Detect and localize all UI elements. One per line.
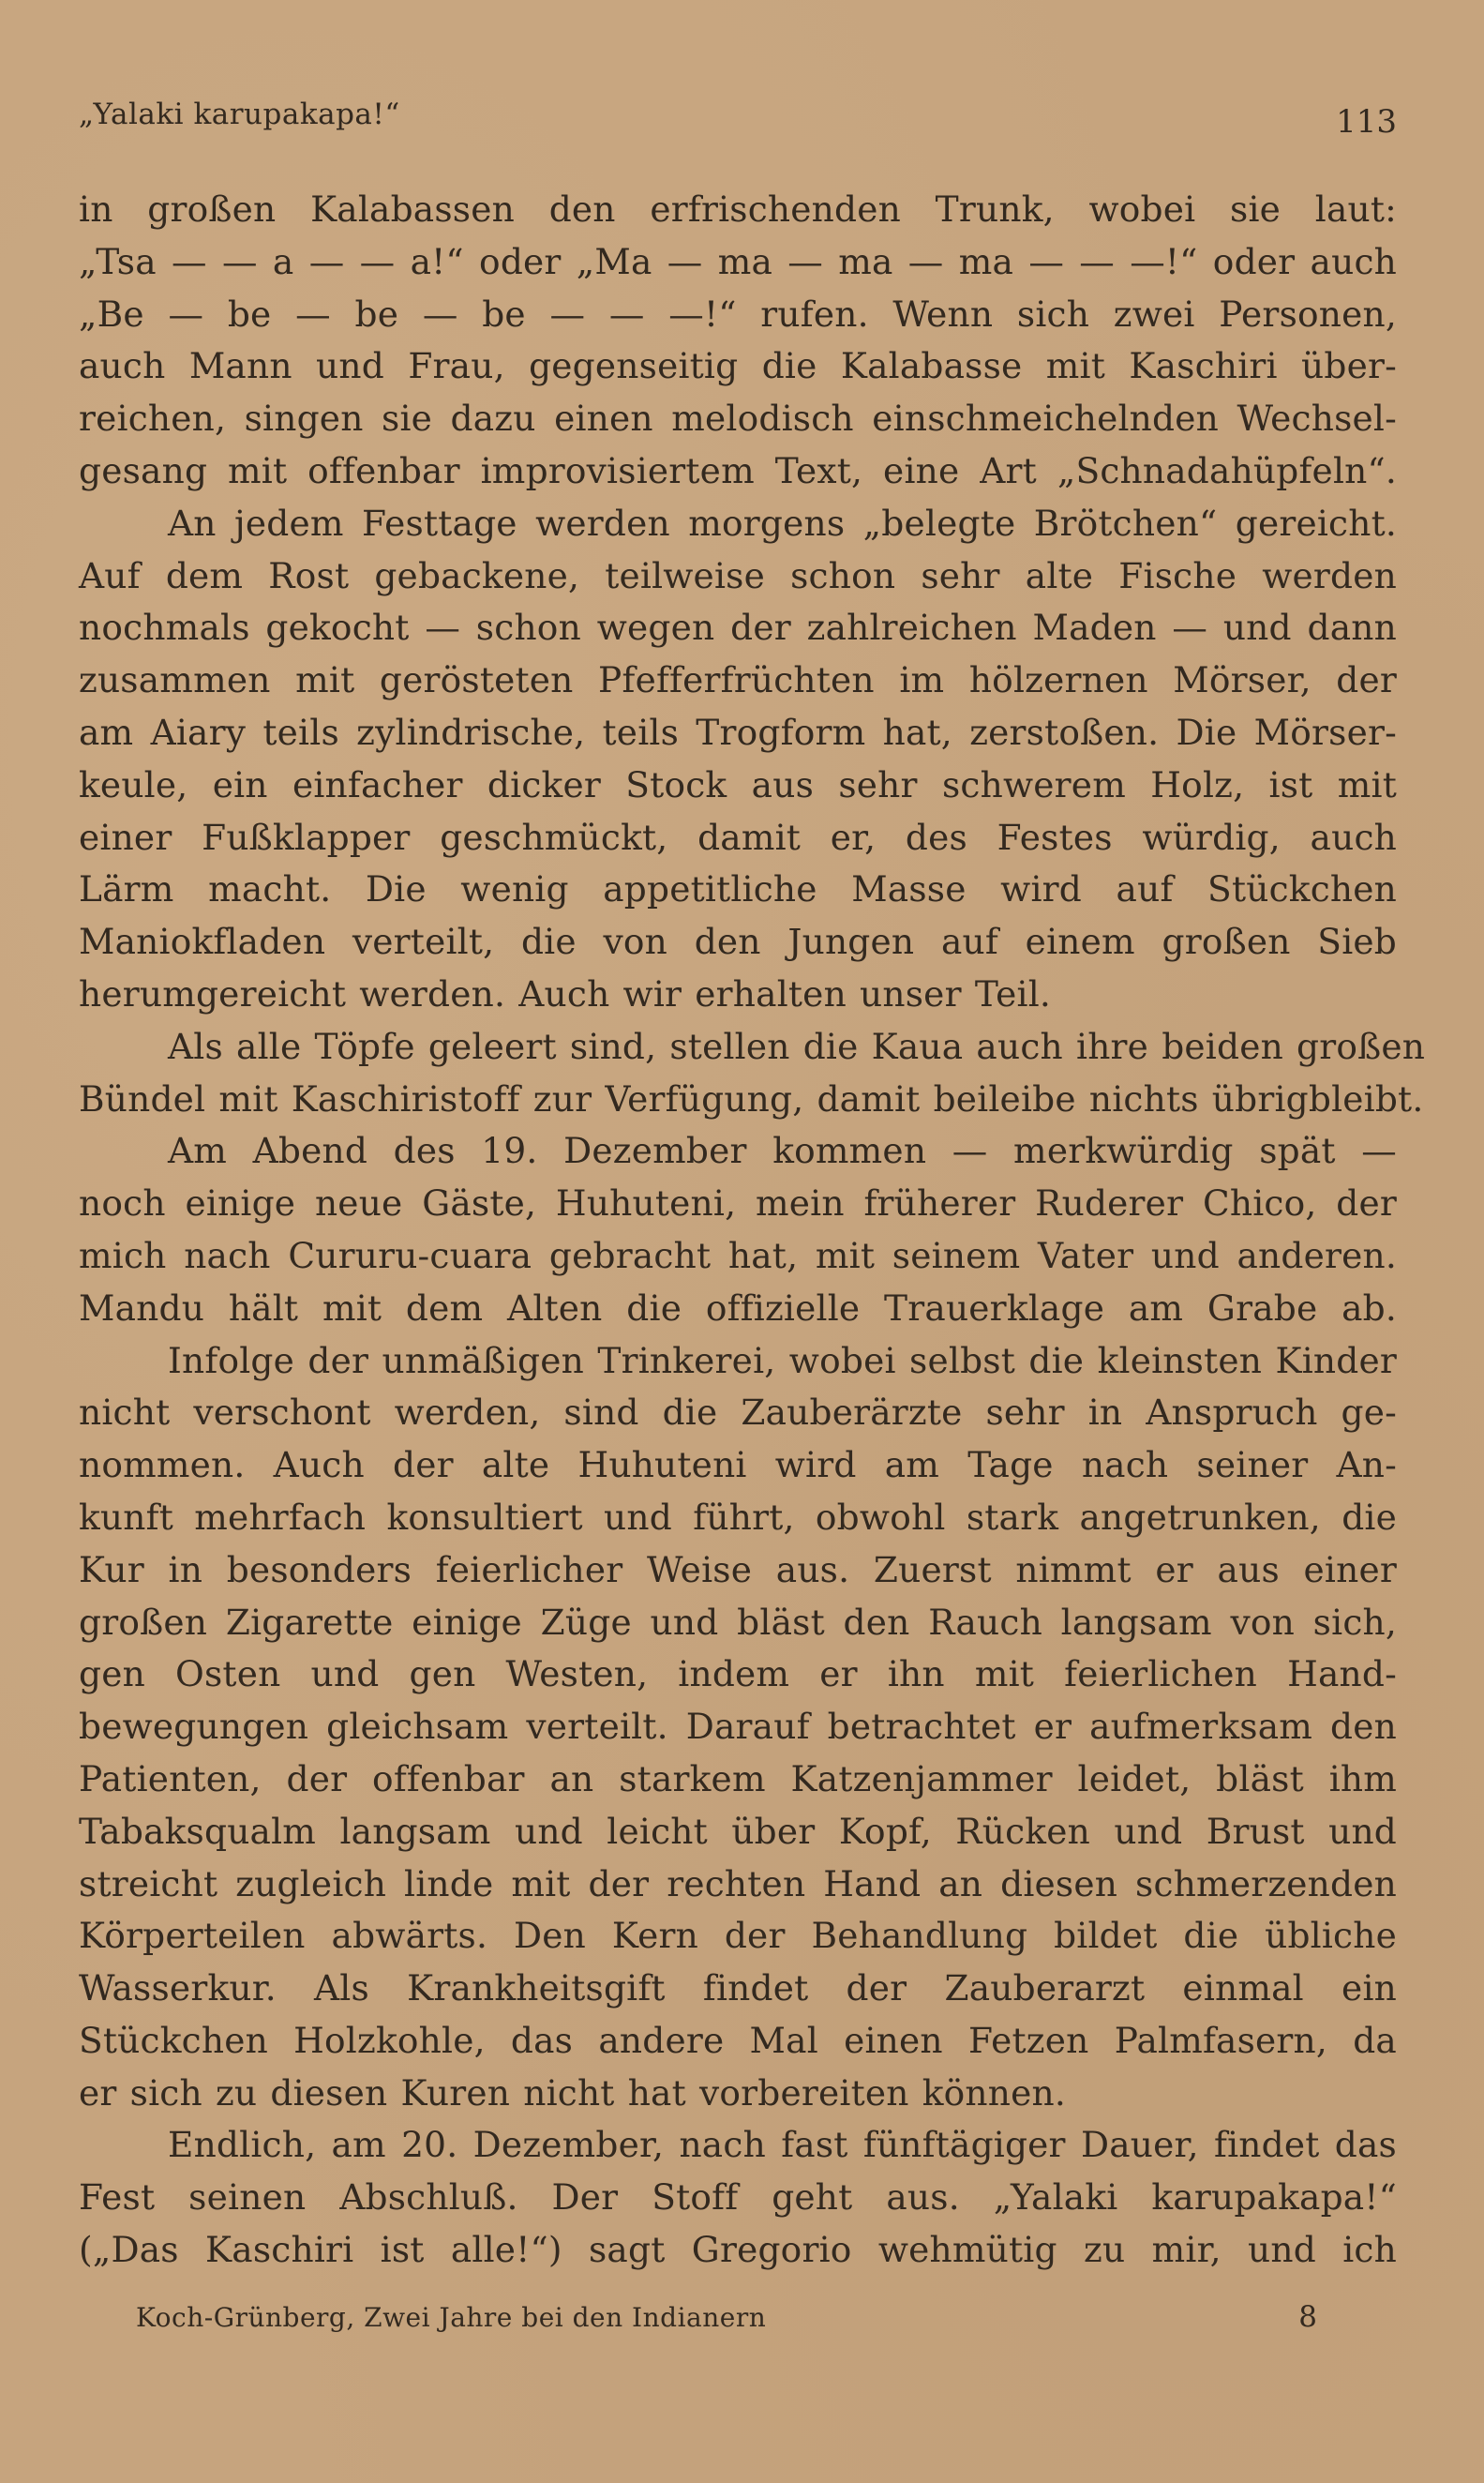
text-line: großen Zigarette einige Züge und bläst d… — [79, 1597, 1397, 1649]
text-line: Körperteilen abwärts. Den Kern der Behan… — [79, 1910, 1397, 1963]
text-line: Am Abend des 19. Dezember kommen — merkw… — [79, 1125, 1397, 1178]
running-title: „Yalaki karupakapa!“ — [79, 98, 400, 131]
text-line: in großen Kalabassen den erfrischenden T… — [79, 184, 1397, 236]
text-line: („Das Kaschiri ist alle!“) sagt Gregorio… — [79, 2224, 1397, 2277]
text-line: Maniokfladen verteilt, die von den Junge… — [79, 916, 1397, 969]
text-line: An jedem Festtage werden morgens „belegt… — [79, 498, 1397, 550]
text-line: gesang mit offenbar improvisiertem Text,… — [79, 445, 1397, 498]
text-line: einer Fußklapper geschmückt, damit er, d… — [79, 812, 1397, 865]
text-line: „Tsa — — a — — a!“ oder „Ma — ma — ma — … — [79, 236, 1397, 289]
text-line: nicht verschont werden, sind die Zauberä… — [79, 1387, 1397, 1439]
text-line: Endlich, am 20. Dezember, nach fast fünf… — [79, 2119, 1397, 2172]
book-page: „Yalaki karupakapa!“ 113 in großen Kalab… — [0, 0, 1484, 2483]
text-line: Tabaksqualm langsam und leicht über Kopf… — [79, 1806, 1397, 1858]
text-line: am Aiary teils zylindrische, teils Trogf… — [79, 707, 1397, 760]
text-line: nommen. Auch der alte Huhuteni wird am T… — [79, 1439, 1397, 1492]
text-line: Auf dem Rost gebackene, teilweise schon … — [79, 550, 1397, 603]
body-text: in großen Kalabassen den erfrischenden T… — [79, 184, 1397, 2277]
text-line: Infolge der unmäßigen Trinkerei, wobei s… — [79, 1335, 1397, 1388]
text-line: Stückchen Holzkohle, das andere Mal eine… — [79, 2015, 1397, 2068]
text-line: Kur in besonders feierlicher Weise aus. … — [79, 1544, 1397, 1597]
text-line: mich nach Cururu-cuara gebracht hat, mit… — [79, 1230, 1397, 1283]
text-line: Lärm macht. Die wenig appetitliche Masse… — [79, 864, 1397, 916]
text-line: Patienten, der offenbar an starkem Katze… — [79, 1753, 1397, 1806]
text-line: gen Osten und gen Westen, indem er ihn m… — [79, 1648, 1397, 1701]
signature-number: 8 — [1298, 2300, 1317, 2334]
text-line: nochmals gekocht — schon wegen der zahlr… — [79, 602, 1397, 655]
text-line: Bündel mit Kaschiristoff zur Verfügung, … — [79, 1074, 1397, 1126]
text-line: reichen, singen sie dazu einen melodisch… — [79, 393, 1397, 445]
text-line: kunft mehrfach konsultiert und führt, ob… — [79, 1492, 1397, 1544]
text-line: Als alle Töpfe geleert sind, stellen die… — [79, 1021, 1397, 1074]
text-line: noch einige neue Gäste, Huhuteni, mein f… — [79, 1178, 1397, 1230]
text-line: „Be — be — be — be — — —!“ rufen. Wenn s… — [79, 289, 1397, 341]
text-line: streicht zugleich linde mit der rechten … — [79, 1858, 1397, 1911]
signature-text: Koch-Grünberg, Zwei Jahre bei den Indian… — [136, 2302, 766, 2333]
text-line: auch Mann und Frau, gegenseitig die Kala… — [79, 340, 1397, 393]
text-line: Mandu hält mit dem Alten die offizielle … — [79, 1283, 1397, 1335]
page-number: 113 — [1336, 103, 1397, 141]
signature-footer: Koch-Grünberg, Zwei Jahre bei den Indian… — [136, 2302, 1317, 2340]
text-line: zusammen mit gerösteten Pfefferfrüchten … — [79, 655, 1397, 707]
text-line: Wasserkur. Als Krankheitsgift findet der… — [79, 1963, 1397, 2015]
text-line: Fest seinen Abschluß. Der Stoff geht aus… — [79, 2172, 1397, 2224]
text-line: er sich zu diesen Kuren nicht hat vorber… — [79, 2068, 1397, 2120]
text-line: herumgereicht werden. Auch wir erhalten … — [79, 969, 1397, 1021]
text-line: bewegungen gleichsam verteilt. Darauf be… — [79, 1701, 1397, 1753]
running-head: „Yalaki karupakapa!“ 113 — [79, 98, 1397, 144]
text-line: keule, ein einfacher dicker Stock aus se… — [79, 760, 1397, 812]
